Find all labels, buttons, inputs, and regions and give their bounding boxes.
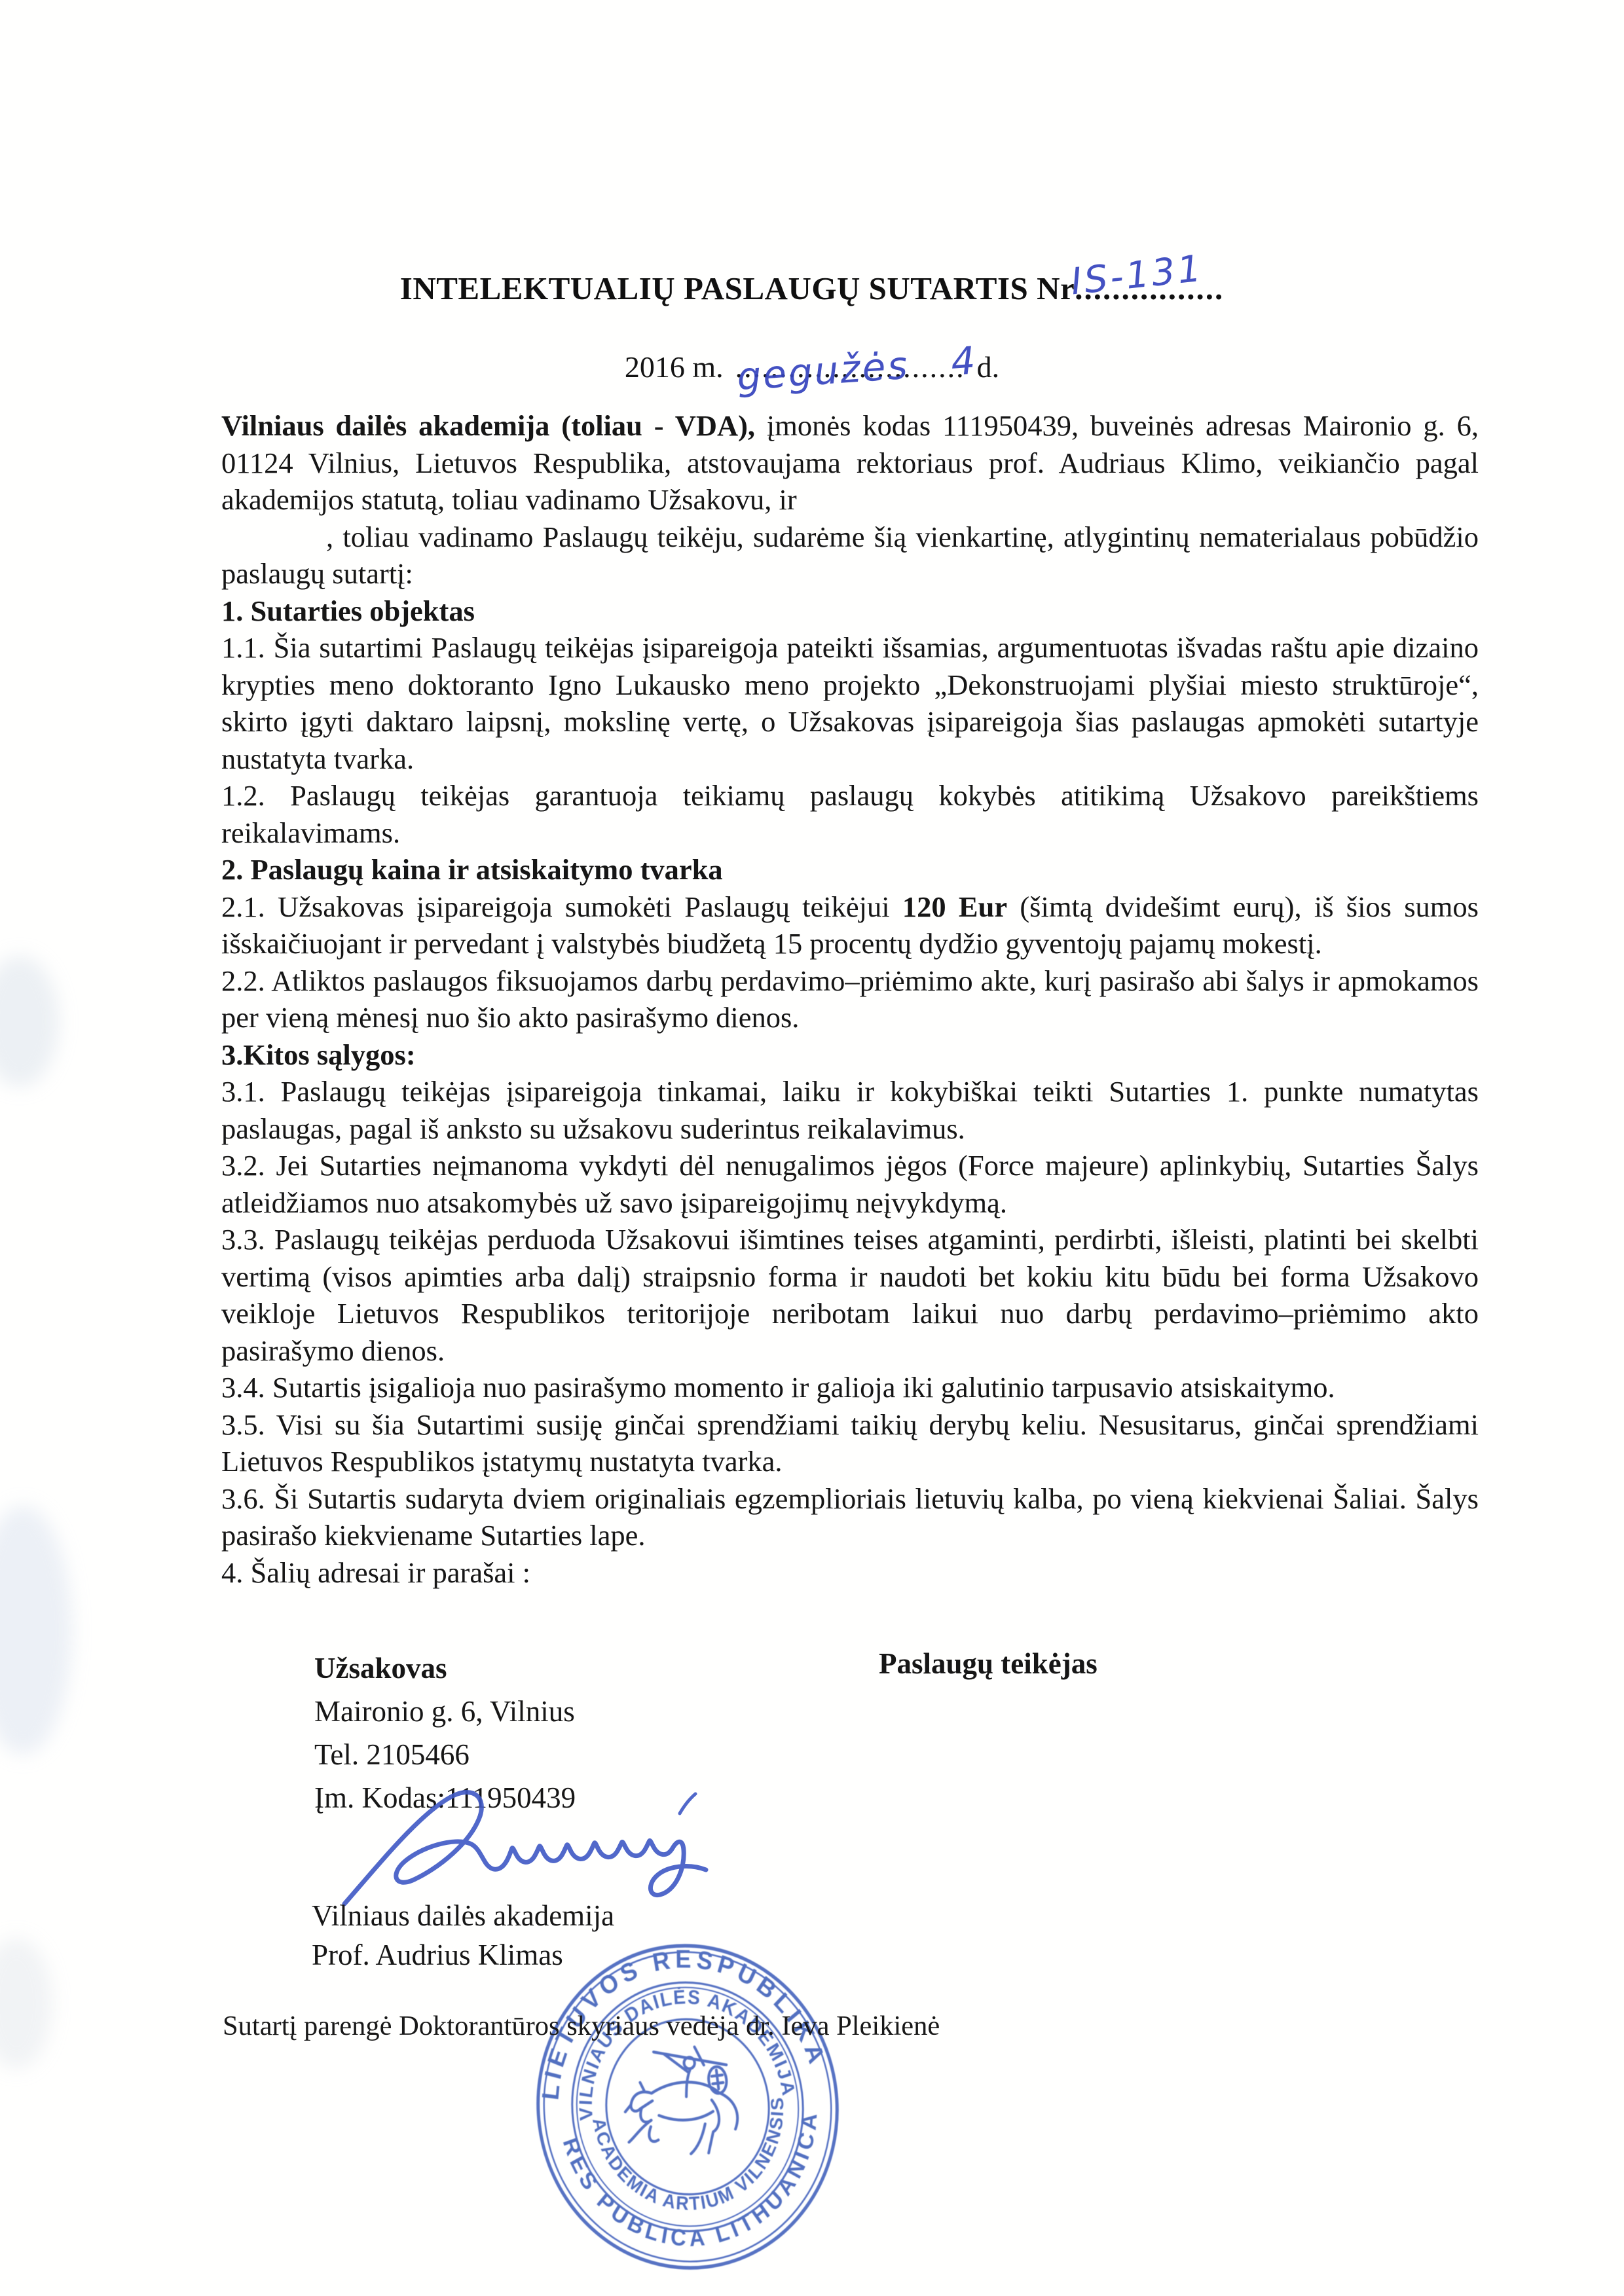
client-address: Maironio g. 6, Vilnius <box>314 1690 576 1733</box>
contract-number-field: ................IS-131 <box>1075 270 1224 307</box>
client-name-bold: Vilniaus dailės akademija (toliau - VDA)… <box>221 409 755 442</box>
section-1-heading: 1. Sutarties objektas <box>221 592 1479 630</box>
scan-smudge <box>0 1506 72 1755</box>
client-label: Užsakovas <box>314 1647 576 1690</box>
contract-body: Vilniaus dailės akademija (toliau - VDA)… <box>221 407 1479 1591</box>
academy-seal: LIETUVOS RESPUBLIKA RES PUBLICA LITHUANI… <box>515 1926 860 2287</box>
date-prefix: 2016 m. <box>625 350 724 384</box>
clause-1-2: 1.2. Paslaugų teikėjas garantuoja teikia… <box>221 777 1479 851</box>
prepared-by-note: Sutartį parengė Doktorantūros skyriaus v… <box>223 2010 940 2042</box>
clause-2-1: 2.1. Užsakovas įsipareigoja sumokėti Pas… <box>221 888 1479 962</box>
clause-2-1-lead: 2.1. Užsakovas įsipareigoja sumokėti Pas… <box>221 890 902 923</box>
signature-stroke <box>344 1793 706 1904</box>
clause-1-1: 1.1. Šia sutartimi Paslaugų teikėjas įsi… <box>221 629 1479 777</box>
clause-2-2: 2.2. Atliktos paslaugos fiksuojamos darb… <box>221 962 1479 1036</box>
clause-3-3: 3.3. Paslaugų teikėjas perduoda Užsakovu… <box>221 1221 1479 1369</box>
second-party-paragraph: , toliau vadinamo Paslaugų teikėju, suda… <box>221 519 1479 592</box>
clause-3-1: 3.1. Paslaugų teikėjas įsipareigoja tink… <box>221 1073 1479 1147</box>
clause-3-4: 3.4. Sutartis įsigalioja nuo pasirašymo … <box>221 1369 1479 1406</box>
handwritten-date: gegužės 4 <box>735 338 978 399</box>
date-suffix: d. <box>977 350 1000 384</box>
client-phone: Tel. 2105466 <box>314 1733 576 1776</box>
clause-3-6: 3.6. Ši Sutartis sudaryta dviem original… <box>221 1480 1479 1554</box>
scan-smudge <box>0 956 59 1087</box>
section-3-heading: 3.Kitos sąlygos: <box>221 1036 1479 1074</box>
contract-date-line: 2016 m...........................gegužės… <box>0 350 1624 384</box>
contract-title-text: INTELEKTUALIŲ PASLAUGŲ SUTARTIS Nr <box>400 270 1075 306</box>
section-4-heading: 4. Šalių adresai ir parašai : <box>221 1554 1479 1592</box>
clause-3-5: 3.5. Visi su šia Sutartimi susiję ginčai… <box>221 1406 1479 1480</box>
intro-paragraph: Vilniaus dailės akademija (toliau - VDA)… <box>221 407 1479 519</box>
price-bold: 120 Eur <box>902 890 1007 923</box>
vytis-emblem <box>618 2043 741 2162</box>
signature-accent <box>680 1794 695 1813</box>
signatory-name: Prof. Audrius Klimas <box>312 1935 614 1975</box>
scan-smudge <box>0 1938 52 2069</box>
date-field: ..........................gegužės 4 <box>735 350 965 384</box>
section-2-heading: 2. Paslaugų kaina ir atsiskaitymo tvarka <box>221 851 1479 888</box>
clause-3-2: 3.2. Jei Sutarties neįmanoma vykdyti dėl… <box>221 1147 1479 1221</box>
provider-label: Paslaugų teikėjas <box>879 1647 1098 1681</box>
signatory-block: Vilniaus dailės akademija Prof. Audrius … <box>312 1896 614 1975</box>
contract-scan-page: INTELEKTUALIŲ PASLAUGŲ SUTARTIS Nr......… <box>0 0 1624 2296</box>
contract-title: INTELEKTUALIŲ PASLAUGŲ SUTARTIS Nr......… <box>0 270 1624 307</box>
signatory-organization: Vilniaus dailės akademija <box>312 1896 614 1935</box>
